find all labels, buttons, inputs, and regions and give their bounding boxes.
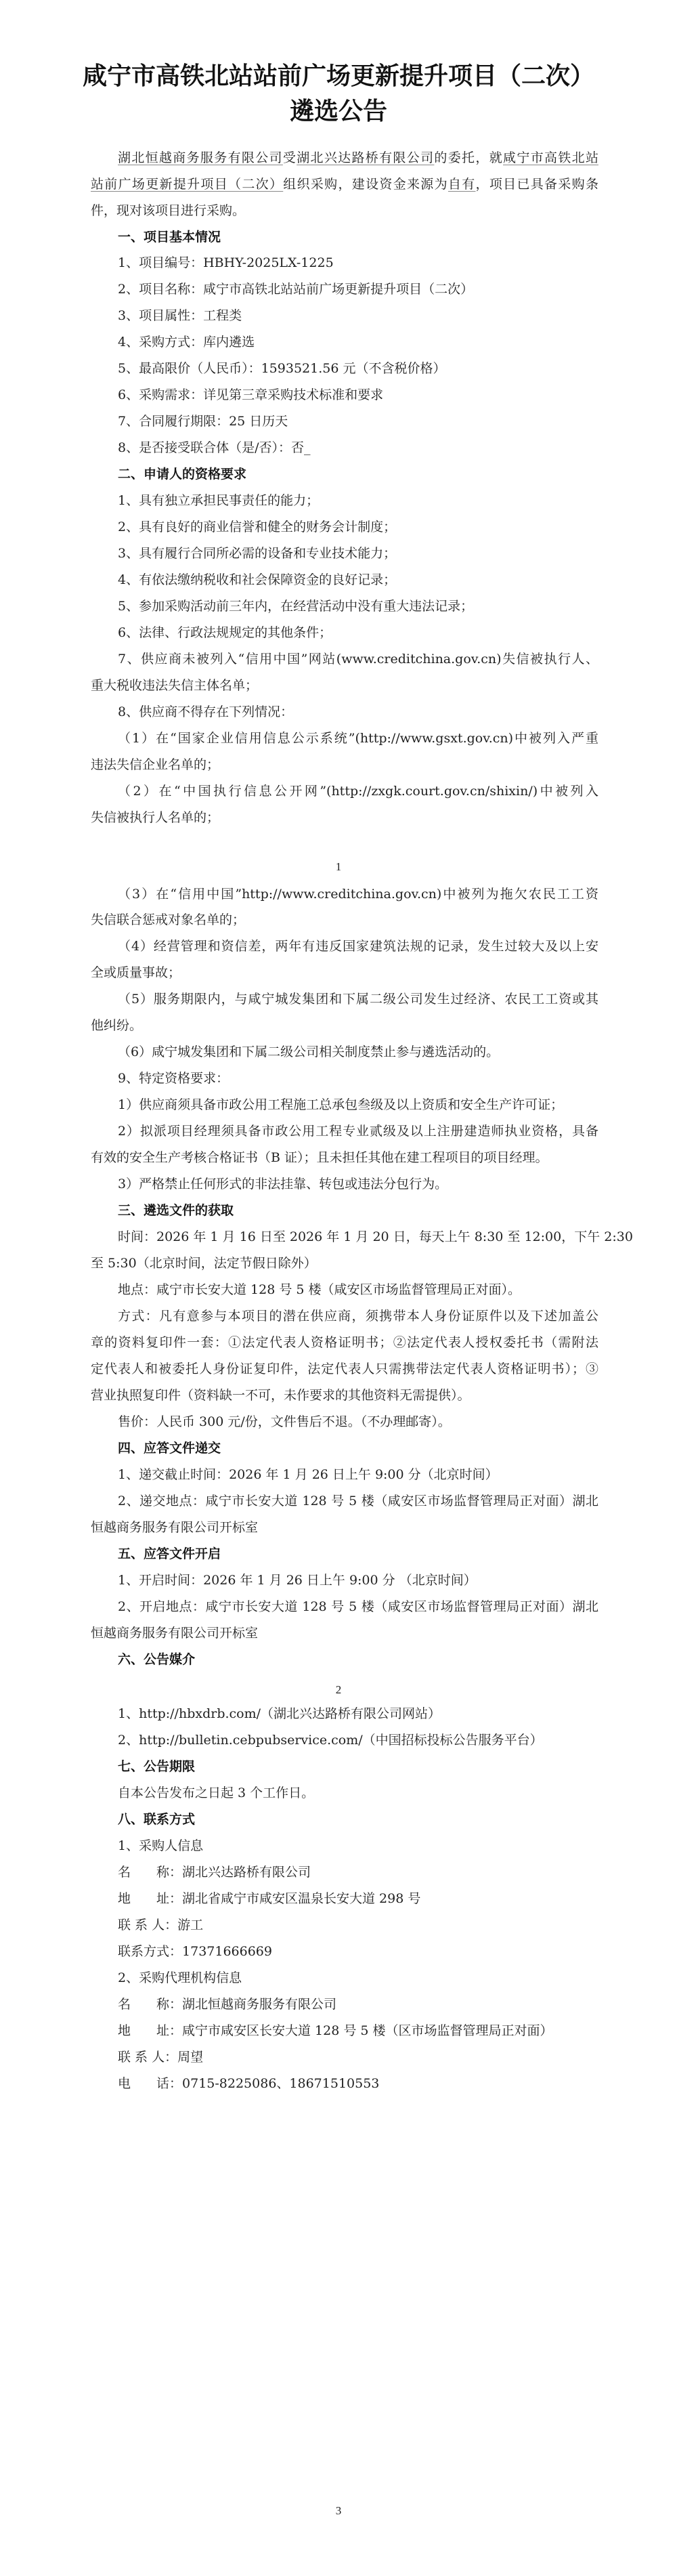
contract-period: 7、合同履行期限：25 日历天: [118, 411, 598, 431]
field-label: 地 址：: [118, 2023, 182, 2038]
qualification-item-7-cont: 重大税收违法失信主体名单；: [91, 675, 598, 696]
project-attribute: 3、项目属性：工程类: [118, 305, 598, 326]
section-heading-5: 五、应答文件开启: [118, 1544, 598, 1564]
max-price: 5、最高限价（人民币）：1593521.56 元（不含税价格）: [118, 358, 598, 379]
qualification-item: 4、有依法缴纳税收和社会保障资金的良好记录；: [118, 570, 598, 590]
acquisition-method-cont: 营业执照复印件（资料缺一不可，未作要求的其他资料无需提供）。: [91, 1385, 598, 1406]
intro-text: 的委托，就: [434, 150, 503, 165]
agency-info-heading: 2、采购代理机构信息: [118, 1968, 598, 1988]
purchaser-address-value: 湖北省咸宁市咸安区温泉长安大道 298 号: [182, 1891, 420, 1906]
section-heading-3: 三、遴选文件的获取: [118, 1200, 598, 1221]
project-number: 1、项目编号：HBHY-2025LX-1225: [118, 253, 598, 273]
acquisition-place: 地点：咸宁市长安大道 128 号 5 楼（咸安区市场监督管理局正对面）。: [118, 1280, 598, 1300]
acquisition-time: 时间：2026 年 1 月 16 日至 2026 年 1 月 20 日，每天上午…: [118, 1227, 598, 1247]
exclusion-2-cont: 失信被执行人名单的；: [91, 807, 598, 828]
section-heading-6: 六、公告媒介: [118, 1649, 598, 1670]
exclusion-6: （6）咸宁城发集团和下属二级公司相关制度禁止参与遴选活动的。: [118, 1042, 598, 1062]
agency-address-value: 咸宁市咸安区长安大道 128 号 5 楼（区市场监督管理局正对面）: [182, 2023, 553, 2038]
purchaser-phone-row: 联系方式：17371666669: [118, 1941, 598, 1962]
field-label: 联系方式：: [118, 1944, 182, 1959]
field-label: 名 称：: [118, 1997, 182, 2012]
purchaser-address-row: 地 址：湖北省咸宁市咸安区温泉长安大道 298 号: [118, 1888, 598, 1909]
field-label: 联 系 人：: [118, 1918, 177, 1933]
qualification-item: 2、具有良好的商业信誉和健全的财务会计制度；: [118, 517, 598, 537]
acquisition-method: 方式：凡有意参与本项目的潜在供应商，须携带本人身份证原件以及下述加盖公: [118, 1306, 598, 1326]
intro-line-1: 湖北恒越商务服务有限公司受湖北兴达路桥有限公司的委托，就咸宁市高铁北站: [118, 148, 598, 168]
exclusion-5: （5）服务期限内，与咸宁城发集团和下属二级公司发生过经济、农民工工资或其: [118, 989, 598, 1009]
purchaser-name-row: 名 称：湖北兴达路桥有限公司: [118, 1862, 598, 1882]
agency-phone-row: 电 话：0715-8225086、18671510553: [118, 2073, 598, 2094]
section-heading-8: 八、联系方式: [118, 1809, 598, 1830]
opening-time: 1、开启时间：2026 年 1 月 26 日上午 9:00 分 （北京时间）: [118, 1570, 598, 1590]
qualification-item: 6、法律、行政法规规定的其他条件；: [118, 622, 598, 643]
submission-place: 2、递交地点：咸宁市长安大道 128 号 5 楼（咸安区市场监督管理局正对面）湖…: [118, 1491, 598, 1511]
qualification-item: 1、具有独立承担民事责任的能力；: [118, 490, 598, 511]
page-number-2: 2: [0, 1682, 677, 1698]
acquisition-method-cont: 章的资料复印件一套：①法定代表人资格证明书；②法定代表人授权委托书（需附法: [91, 1332, 598, 1353]
title-line-1: 咸宁市高铁北站站前广场更新提升项目（二次）: [0, 62, 677, 91]
qualification-item: 5、参加采购活动前三年内，在经营活动中没有重大违法记录；: [118, 596, 598, 616]
acquisition-time-cont: 至 5:30（北京时间，法定节假日除外）: [91, 1253, 598, 1273]
agency-address-row: 地 址：咸宁市咸安区长安大道 128 号 5 楼（区市场监督管理局正对面）: [118, 2021, 598, 2041]
section-heading-1: 一、项目基本情况: [118, 227, 598, 247]
intro-line-2: 站前广场更新提升项目（二次）组织采购，建设资金来源为自有，项目已具备采购条: [91, 174, 598, 194]
exclusion-2: （2）在“中国执行信息公开网”(http://zxgk.court.gov.cn…: [118, 781, 598, 801]
agency-name-row: 名 称：湖北恒越商务服务有限公司: [118, 1994, 598, 2014]
exclusion-4: （4）经营管理和资信差，两年有违反国家建筑法规的记录，发生过较大及以上安: [118, 936, 598, 956]
exclusion-3: （3）在“信用中国”http://www.creditchina.gov.cn)…: [118, 884, 598, 904]
exclusion-1: （1）在“国家企业信用信息公示系统”(http://www.gsxt.gov.c…: [118, 728, 598, 748]
purchaser-contact-row: 联 系 人：游工: [118, 1915, 598, 1935]
agency-name: 湖北恒越商务服务有限公司: [118, 150, 283, 165]
submission-deadline: 1、递交截止时间：2026 年 1 月 26 日上午 9:00 分（北京时间）: [118, 1464, 598, 1485]
specific-requirement-2: 2）拟派项目经理须具备市政公用工程专业贰级及以上注册建造师执业资格，具备: [118, 1121, 598, 1141]
section-heading-7: 七、公告期限: [118, 1756, 598, 1777]
qualification-item: 3、具有履行合同所必需的设备和专业技术能力；: [118, 543, 598, 564]
submission-place-cont: 恒越商务服务有限公司开标室: [91, 1517, 598, 1538]
document-page: 咸宁市高铁北站站前广场更新提升项目（二次） 遴选公告 湖北恒越商务服务有限公司受…: [0, 0, 677, 2576]
purchaser-phone-value: 17371666669: [182, 1944, 272, 1959]
qualification-item-8: 8、供应商不得存在下列情况：: [118, 702, 598, 722]
specific-requirement-1: 1）供应商须具备市政公用工程施工总承包叁级及以上资质和安全生产许可证；: [118, 1095, 598, 1115]
acquisition-method-cont: 定代表人和被委托人身份证复印件，法定代表人只需携带法定代表人资格证明书）；③: [91, 1359, 598, 1379]
purchaser-contact-value: 游工: [177, 1918, 203, 1933]
specific-requirement-3: 3）严格禁止任何形式的非法挂靠、转包或违法分包行为。: [118, 1174, 598, 1194]
opening-place-cont: 恒越商务服务有限公司开标室: [91, 1623, 598, 1643]
section-heading-2: 二、申请人的资格要求: [118, 464, 598, 484]
agency-phone-value: 0715-8225086、18671510553: [182, 2076, 379, 2091]
field-label: 名 称：: [118, 1865, 182, 1880]
purchaser-name: 湖北兴达路桥有限公司: [297, 150, 434, 165]
field-label: 联 系 人：: [118, 2050, 177, 2065]
intro-text: ，项目已具备采购条: [476, 177, 598, 192]
announcement-period: 自本公告发布之日起 3 个工作日。: [118, 1783, 598, 1803]
qualification-item-7: 7、供应商未被列入“信用中国”网站(www.creditchina.gov.cn…: [118, 649, 598, 669]
purchaser-name-value: 湖北兴达路桥有限公司: [182, 1865, 311, 1880]
procurement-requirement: 6、采购需求：详见第三章采购技术标准和要求: [118, 385, 598, 405]
document-price: 售价：人民币 300 元/份，文件售后不退。（不办理邮寄）。: [118, 1412, 598, 1432]
project-name-part1: 咸宁市高铁北站: [503, 150, 598, 165]
media-link-1[interactable]: 1、http://hbxdrb.com/（湖北兴达路桥有限公司网站）: [118, 1704, 598, 1724]
purchaser-info-heading: 1、采购人信息: [118, 1836, 598, 1856]
project-name-part2: 站前广场更新提升项目（二次）: [91, 177, 283, 192]
procurement-method: 4、采购方式：库内遴选: [118, 332, 598, 352]
exclusion-5-cont: 他纠纷。: [91, 1015, 598, 1036]
project-name: 2、项目名称：咸宁市高铁北站站前广场更新提升项目（二次）: [118, 279, 598, 299]
specific-requirement-2-cont: 有效的安全生产考核合格证书（B 证）；且未担任其他在建工程项目的项目经理。: [91, 1147, 598, 1168]
opening-place: 2、开启地点：咸宁市长安大道 128 号 5 楼（咸安区市场监督管理局正对面）湖…: [118, 1597, 598, 1617]
intro-line-3: 件，现对该项目进行采购。: [91, 200, 598, 221]
section-heading-4: 四、应答文件递交: [118, 1438, 598, 1458]
exclusion-3-cont: 失信联合惩戒对象名单的；: [91, 910, 598, 930]
intro-text: 组织采购，建设资金来源为: [283, 177, 448, 192]
field-label: 电 话：: [118, 2076, 182, 2091]
page-number-1: 1: [0, 859, 677, 875]
consortium-accepted: 8、是否接受联合体（是/否）：否_: [118, 438, 598, 458]
title-line-2: 遴选公告: [0, 97, 677, 127]
agency-contact-value: 周望: [177, 2050, 203, 2065]
exclusion-4-cont: 全或质量事故；: [91, 963, 598, 983]
exclusion-1-cont: 违法失信企业名单的；: [91, 755, 598, 775]
intro-text: 受: [283, 150, 297, 165]
fund-source: 自有: [448, 177, 476, 192]
page-number-3: 3: [0, 2503, 677, 2519]
agency-contact-row: 联 系 人：周望: [118, 2047, 598, 2067]
field-label: 地 址：: [118, 1891, 182, 1906]
qualification-item-9: 9、特定资格要求：: [118, 1068, 598, 1089]
media-link-2[interactable]: 2、http://bulletin.cebpubservice.com/（中国招…: [118, 1730, 598, 1750]
agency-name-value: 湖北恒越商务服务有限公司: [182, 1997, 336, 2012]
